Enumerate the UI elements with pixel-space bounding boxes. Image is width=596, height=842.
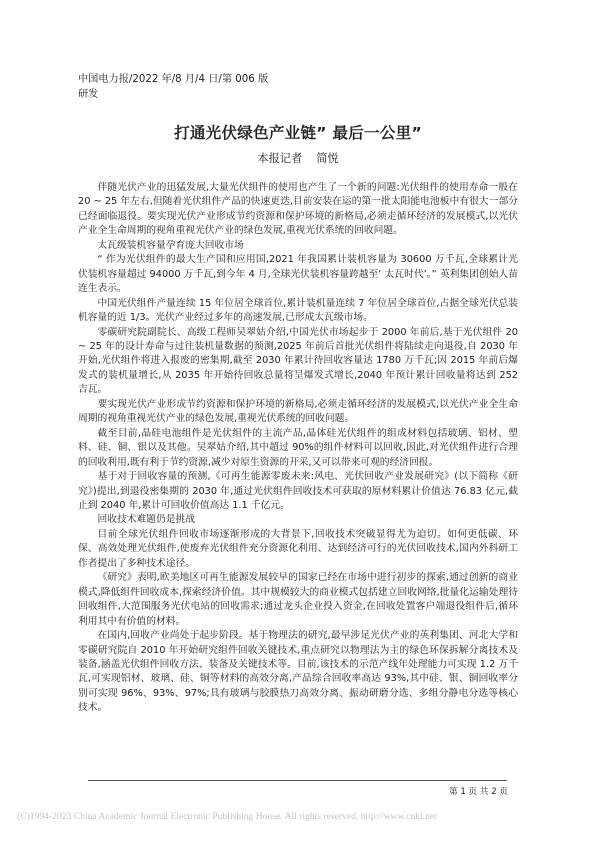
paragraph: 伴随光伏产业的迅猛发展,大量光伏组件的使用也产生了一个新的问题:光伏组件的使用寿… (78, 181, 518, 239)
article-body: 伴随光伏产业的迅猛发展,大量光伏组件的使用也产生了一个新的问题:光伏组件的使用寿… (78, 181, 518, 716)
section-subheading: 回收技术难题仍是挑战 (78, 513, 518, 527)
paragraph: “ 作为光伏组件的最大生产国和应用国,2021 年我国累计装机容量为 30600… (78, 253, 518, 296)
paragraph: 《研究》表明,欧美地区可再生能源发展较早的国家已经在市场中进行初步的探索,通过创… (78, 571, 518, 629)
section-label: 研发 (78, 88, 268, 103)
copyright-notice: (C)1994-2023 China Academic Journal Elec… (17, 811, 437, 822)
byline-role: 本报记者 (257, 152, 302, 165)
paragraph: 中国光伏组件产量连续 15 年位居全球首位,累计装机量连续 7 年位居全球首位,… (78, 297, 518, 326)
paragraph: 在国内,回收产业尚处于起步阶段。基于物理法的研究,最早涉足光伏产业的英利集团、河… (78, 629, 518, 716)
byline-author: 简悦 (316, 152, 338, 165)
document-page: 中国电力报/2022 年/8 月/4 日/第 006 版 研发 打通光伏绿色产业… (0, 0, 596, 842)
byline: 本报记者简悦 (0, 150, 596, 166)
page-number: 第 1 页 共 2 页 (449, 785, 508, 797)
article-title: 打通光伏绿色产业链” 最后一公里” (0, 121, 596, 143)
source-metadata: 中国电力报/2022 年/8 月/4 日/第 006 版 研发 (78, 73, 268, 102)
section-subheading: 太瓦级装机容量孕育庞大回收市场 (78, 239, 518, 253)
paragraph: 零碳研究院副院长、高级工程师吴翠姑介绍,中国光伏市场起步于 2000 年前后,基… (78, 326, 518, 398)
paragraph: 基于对于回收容量的预测,《可再生能源零废未来:风电、光伏回收产业发展研究》(以下… (78, 470, 518, 513)
source-line: 中国电力报/2022 年/8 月/4 日/第 006 版 (78, 73, 268, 88)
paragraph: 截至目前,晶硅电池组件是光伏组件的主流产品,晶体硅光伏组件的组成材料包括玻璃、铝… (78, 427, 518, 470)
paragraph: 目前全球光伏组件回收市场逐渐形成的大背景下,回收技术突破显得尤为迫切。如何更低碳… (78, 528, 518, 571)
paragraph: 要实现光伏产业形成节约资源和保护环境的新格局,必须走循环经济的发展模式,以光伏产… (78, 398, 518, 427)
footer-divider (88, 780, 507, 781)
